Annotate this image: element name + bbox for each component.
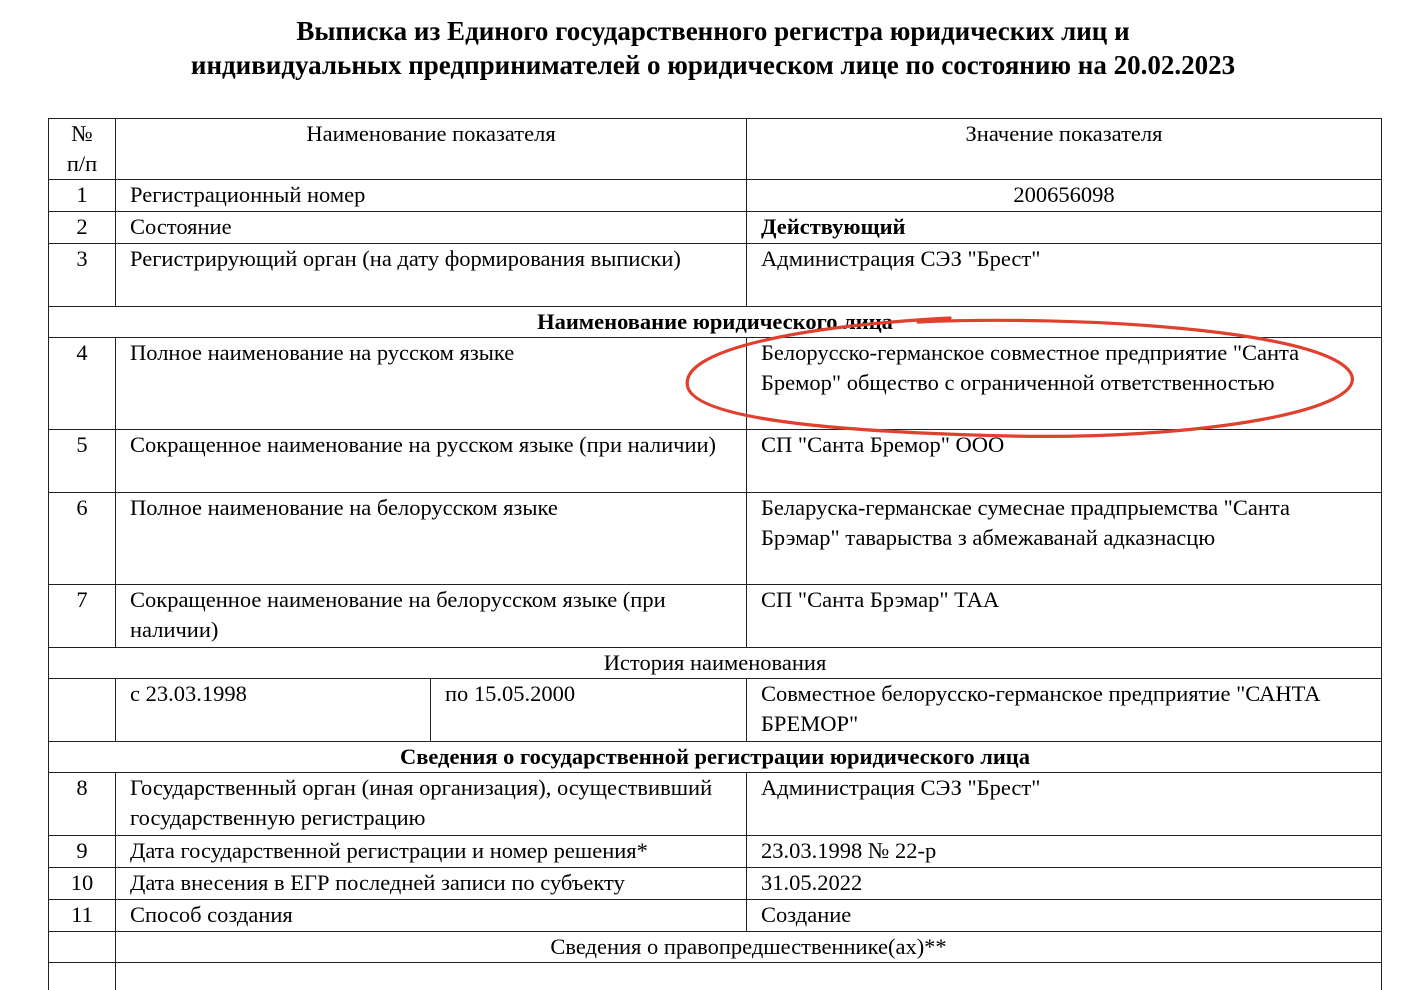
- section-header-row: Наименование юридического лица: [49, 307, 1382, 338]
- row-4-value: Белорусско-германское совместное предпри…: [747, 338, 1382, 430]
- row-value: Администрация СЭЗ "Брест": [747, 773, 1382, 836]
- table-row: 2 Состояние Действующий: [49, 212, 1382, 244]
- table-row: 6 Полное наименование на белорусском язы…: [49, 493, 1382, 585]
- row-num: 7: [49, 585, 116, 648]
- header-indicator: Наименование показателя: [116, 119, 747, 180]
- row-value: Беларуска-германскае сумеснае прадпрыемс…: [747, 493, 1382, 585]
- row-label: Государственный орган (иная организация)…: [116, 773, 747, 836]
- status-value: Действующий: [747, 212, 1382, 244]
- empty-cell: [49, 963, 116, 990]
- section-header-row: Сведения о государственной регистрации ю…: [49, 742, 1382, 773]
- row-num: 3: [49, 244, 116, 307]
- title-line-2: индивидуальных предпринимателей о юридич…: [0, 48, 1426, 82]
- egr-extract-table: №п/п Наименование показателя Значение по…: [48, 118, 1382, 990]
- row-label: Способ создания: [116, 900, 747, 932]
- registration-number: 200656098: [747, 180, 1382, 212]
- row-num: 8: [49, 773, 116, 836]
- predecessor-title: Сведения о правопредшественнике(ах)**: [116, 932, 1382, 963]
- row-num: 10: [49, 868, 116, 900]
- row-num: 6: [49, 493, 116, 585]
- table-row: 11 Способ создания Создание: [49, 900, 1382, 932]
- table-row: 1 Регистрационный номер 200656098: [49, 180, 1382, 212]
- title-line-1: Выписка из Единого государственного реги…: [0, 14, 1426, 48]
- row-num: 9: [49, 836, 116, 868]
- header-num: №п/п: [49, 119, 116, 180]
- row-label: Дата государственной регистрации и номер…: [116, 836, 747, 868]
- row-label: Полное наименование на белорусском языке: [116, 493, 747, 585]
- table-row: 10 Дата внесения в ЕГР последней записи …: [49, 868, 1382, 900]
- row-label: Регистрирующий орган (на дату формирован…: [116, 244, 747, 307]
- row-num: 2: [49, 212, 116, 244]
- row-num: 11: [49, 900, 116, 932]
- row-label: Состояние: [116, 212, 747, 244]
- row-value: 31.05.2022: [747, 868, 1382, 900]
- table-row: 7 Сокращенное наименование на белорусско…: [49, 585, 1382, 648]
- table-row: 3 Регистрирующий орган (на дату формиров…: [49, 244, 1382, 307]
- predecessor-empty-row: [49, 963, 1382, 990]
- table-row: 9 Дата государственной регистрации и ном…: [49, 836, 1382, 868]
- row-label: Дата внесения в ЕГР последней записи по …: [116, 868, 747, 900]
- history-title: История наименования: [49, 648, 1382, 679]
- empty-cell: [116, 963, 1382, 990]
- row-label: Сокращенное наименование на белорусском …: [116, 585, 747, 648]
- row-label: Полное наименование на русском языке: [116, 338, 747, 430]
- table-row: 4 Полное наименование на русском языке Б…: [49, 338, 1382, 430]
- history-row: с 23.03.1998 по 15.05.2000 Совместное бе…: [49, 679, 1382, 742]
- row-num: 4: [49, 338, 116, 430]
- table-header-row: №п/п Наименование показателя Значение по…: [49, 119, 1382, 180]
- row-value: СП "Санта Бремор" ООО: [747, 430, 1382, 493]
- row-num: 5: [49, 430, 116, 493]
- history-num: [49, 679, 116, 742]
- predecessor-header-row: Сведения о правопредшественнике(ах)**: [49, 932, 1382, 963]
- section-name-title: Наименование юридического лица: [49, 307, 1382, 338]
- header-value: Значение показателя: [747, 119, 1382, 180]
- predecessor-num: [49, 932, 116, 963]
- row-label: Регистрационный номер: [116, 180, 747, 212]
- row-value: Создание: [747, 900, 1382, 932]
- section-registration-title: Сведения о государственной регистрации ю…: [49, 742, 1382, 773]
- row-num: 1: [49, 180, 116, 212]
- table-row: 8 Государственный орган (иная организаци…: [49, 773, 1382, 836]
- row-value: 23.03.1998 № 22-р: [747, 836, 1382, 868]
- document-title: Выписка из Единого государственного реги…: [0, 14, 1426, 82]
- row-value: Администрация СЭЗ "Брест": [747, 244, 1382, 307]
- history-from: с 23.03.1998: [116, 679, 431, 742]
- section-header-row: История наименования: [49, 648, 1382, 679]
- history-to: по 15.05.2000: [431, 679, 747, 742]
- row-value: СП "Санта Брэмар" ТАА: [747, 585, 1382, 648]
- history-name: Совместное белорусско-германское предпри…: [747, 679, 1382, 742]
- row-label: Сокращенное наименование на русском язык…: [116, 430, 747, 493]
- table-row: 5 Сокращенное наименование на русском яз…: [49, 430, 1382, 493]
